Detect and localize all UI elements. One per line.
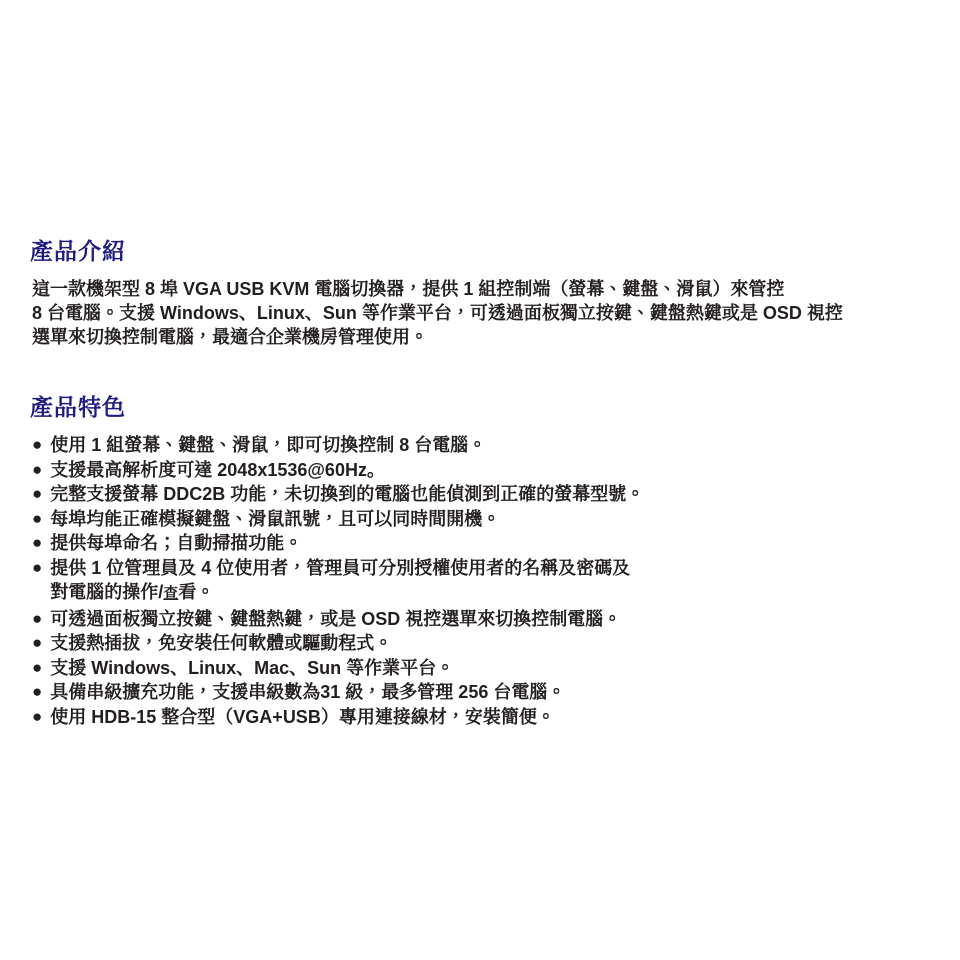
bullet-icon: ● bbox=[32, 556, 42, 581]
feature-item: ●提供 1 位管理員及 4 位使用者，管理員可分別授權使用者的名稱及密碼及對電腦… bbox=[32, 556, 940, 607]
product-description-page: 產品介紹 這一款機架型 8 埠 VGA USB KVM 電腦切換器，提供 1 組… bbox=[0, 0, 960, 960]
feature-item: ●支援最高解析度可達 2048x1536@60Hz。 bbox=[32, 458, 940, 483]
feature-item: ●可透過面板獨立按鍵、鍵盤熱鍵，或是 OSD 視控選單來切換控制電腦。 bbox=[32, 607, 940, 632]
feature-text: 支援最高解析度可達 2048x1536@60Hz。 bbox=[50, 458, 940, 483]
feature-item: ●使用 1 組螢幕、鍵盤、滑鼠，即可切換控制 8 台電腦。 bbox=[32, 433, 940, 458]
feature-item: ●提供每埠命名；自動掃描功能。 bbox=[32, 531, 940, 556]
feature-item: ●支援熱插拔，免安裝任何軟體或驅動程式。 bbox=[32, 631, 940, 656]
feature-text: 支援熱插拔，免安裝任何軟體或驅動程式。 bbox=[50, 631, 940, 656]
feature-text: 支援 Windows、Linux、Mac、Sun 等作業平台。 bbox=[50, 656, 940, 681]
feature-text: 提供每埠命名；自動掃描功能。 bbox=[50, 531, 940, 556]
bullet-icon: ● bbox=[32, 507, 42, 532]
feature-text: 完整支援螢幕 DDC2B 功能，未切換到的電腦也能偵測到正確的螢幕型號。 bbox=[50, 482, 940, 507]
content-area: 產品介紹 這一款機架型 8 埠 VGA USB KVM 電腦切換器，提供 1 組… bbox=[30, 238, 940, 729]
bullet-icon: ● bbox=[32, 656, 42, 681]
feature-text: 使用 HDB-15 整合型（VGA+USB）專用連接線材，安裝簡便。 bbox=[50, 705, 940, 730]
bullet-icon: ● bbox=[32, 705, 42, 730]
bullet-icon: ● bbox=[32, 607, 42, 632]
intro-line: 選單來切換控制電腦，最適合企業機房管理使用。 bbox=[32, 325, 940, 349]
feature-text: 每埠均能正確模擬鍵盤、滑鼠訊號，且可以同時間開機。 bbox=[50, 507, 940, 532]
feature-text: 具備串級擴充功能，支援串級數為31 級，最多管理 256 台電腦。 bbox=[50, 680, 940, 705]
bullet-icon: ● bbox=[32, 458, 42, 483]
feature-item: ●完整支援螢幕 DDC2B 功能，未切換到的電腦也能偵測到正確的螢幕型號。 bbox=[32, 482, 940, 507]
feature-text: 可透過面板獨立按鍵、鍵盤熱鍵，或是 OSD 視控選單來切換控制電腦。 bbox=[50, 607, 940, 632]
feature-item: ●每埠均能正確模擬鍵盤、滑鼠訊號，且可以同時間開機。 bbox=[32, 507, 940, 532]
bullet-icon: ● bbox=[32, 531, 42, 556]
feature-text: 提供 1 位管理員及 4 位使用者，管理員可分別授權使用者的名稱及密碼及對電腦的… bbox=[50, 556, 940, 607]
feature-item: ●支援 Windows、Linux、Mac、Sun 等作業平台。 bbox=[32, 656, 940, 681]
intro-line: 8 台電腦。支援 Windows、Linux、Sun 等作業平台，可透過面板獨立… bbox=[32, 301, 940, 325]
feature-item: ●具備串級擴充功能，支援串級數為31 級，最多管理 256 台電腦。 bbox=[32, 680, 940, 705]
bullet-icon: ● bbox=[32, 482, 42, 507]
bullet-icon: ● bbox=[32, 433, 42, 458]
intro-line: 這一款機架型 8 埠 VGA USB KVM 電腦切換器，提供 1 組控制端（螢… bbox=[32, 277, 940, 301]
bullet-icon: ● bbox=[32, 631, 42, 656]
intro-section-heading: 產品介紹 bbox=[30, 238, 940, 264]
bullet-icon: ● bbox=[32, 680, 42, 705]
feature-text: 使用 1 組螢幕、鍵盤、滑鼠，即可切換控制 8 台電腦。 bbox=[50, 433, 940, 458]
feature-list: ●使用 1 組螢幕、鍵盤、滑鼠，即可切換控制 8 台電腦。●支援最高解析度可達 … bbox=[32, 433, 940, 729]
intro-paragraph: 這一款機架型 8 埠 VGA USB KVM 電腦切換器，提供 1 組控制端（螢… bbox=[32, 277, 940, 349]
feature-item: ●使用 HDB-15 整合型（VGA+USB）專用連接線材，安裝簡便。 bbox=[32, 705, 940, 730]
features-section-heading: 產品特色 bbox=[30, 394, 940, 420]
